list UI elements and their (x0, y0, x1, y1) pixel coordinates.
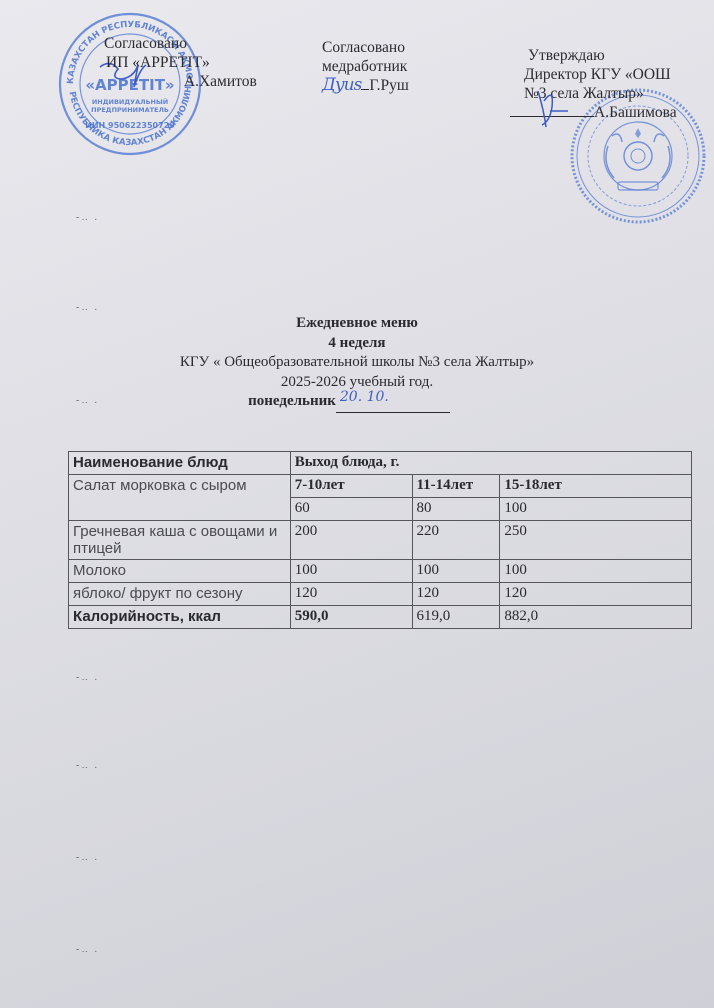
header-dish: Наименование блюд (69, 452, 291, 475)
dish-name: Салат морковка с сыром (69, 475, 291, 521)
portion-value: 60 (290, 498, 412, 521)
age-group: 15-18лет (500, 475, 692, 498)
scan-speck: -‥ . (76, 944, 99, 955)
approval-left-line1: Согласовано (104, 34, 257, 53)
age-group: 11-14лет (412, 475, 500, 498)
total-value: 590,0 (290, 606, 412, 629)
portion-value: 120 (412, 583, 500, 606)
approval-middle-line1: Согласовано (322, 38, 409, 57)
table-header-row: Наименование блюд Выход блюда, г. (69, 452, 692, 475)
dish-name: Гречневая каша с овощами и птицей (69, 521, 291, 560)
portion-value: 120 (500, 583, 692, 606)
portion-value: 120 (290, 583, 412, 606)
dish-name: Молоко (69, 560, 291, 583)
portion-value: 100 (290, 560, 412, 583)
approval-middle-line2: медработник (322, 57, 409, 76)
svg-text:ПРЕДПРИНИМАТЕЛЬ: ПРЕДПРИНИМАТЕЛЬ (91, 106, 169, 114)
menu-table: Наименование блюд Выход блюда, г. Салат … (68, 451, 692, 629)
portion-value: 200 (290, 521, 412, 560)
day-label: понедельник (248, 393, 336, 409)
scan-speck: -‥ . (76, 672, 99, 683)
menu-title: Ежедневное меню (0, 314, 714, 334)
table-row: Молоко 100 100 100 (69, 560, 692, 583)
total-label: Калорийность, ккал (69, 606, 291, 629)
portion-value: 100 (500, 560, 692, 583)
portion-value: 100 (412, 560, 500, 583)
scan-speck: -‥ . (76, 302, 99, 313)
table-row: яблоко/ фрукт по сезону 120 120 120 (69, 583, 692, 606)
day-line: понедельник20. 10. (0, 392, 714, 413)
week-label: 4 неделя (0, 334, 714, 354)
portion-value: 220 (412, 521, 500, 560)
signature-bashimova-icon (530, 81, 580, 131)
portion-value: 250 (500, 521, 692, 560)
document-title-block: Ежедневное меню 4 неделя КГУ « Общеобраз… (0, 314, 714, 413)
table-row: Гречневая каша с овощами и птицей 200 22… (69, 521, 692, 560)
header-output: Выход блюда, г. (290, 452, 691, 475)
day-date-handwritten: 20. 10. (340, 388, 389, 408)
table-total-row: Калорийность, ккал 590,0 619,0 882,0 (69, 606, 692, 629)
approval-left-line2: ИП «APPETIT» (106, 53, 257, 72)
school-name: КГУ « Общеобразовательной школы №3 села … (0, 353, 714, 373)
scan-speck: -‥ . (76, 212, 99, 223)
approval-right-line1: Утверждаю (528, 46, 677, 65)
table-row: Салат морковка с сыром 7-10лет 11-14лет … (69, 475, 692, 498)
svg-text:ИИН 950622350729: ИИН 950622350729 (85, 121, 175, 130)
total-value: 882,0 (500, 606, 692, 629)
approval-right: Утверждаю Директор КГУ «ООШ №3 села Жалт… (524, 46, 677, 122)
scan-speck: -‥ . (76, 760, 99, 771)
total-value: 619,0 (412, 606, 500, 629)
svg-text:ИНДИВИДУАЛЬНЫЙ: ИНДИВИДУАЛЬНЫЙ (92, 97, 168, 106)
portion-value: 80 (412, 498, 500, 521)
approval-left-signatory: А.Хамитов (184, 73, 257, 90)
dish-name: яблоко/ фрукт по сезону (69, 583, 291, 606)
portion-value: 100 (500, 498, 692, 521)
approval-middle-signatory: Г.Руш (369, 77, 408, 94)
approval-left: Согласовано ИП «APPETIT» А.Хамитов (104, 34, 257, 91)
scan-speck: -‥ . (76, 852, 99, 863)
approval-right-signatory: А.Башимова (594, 104, 677, 121)
age-group: 7-10лет (290, 475, 412, 498)
approval-middle: Согласовано медработник ДуиѕГ.Руш (322, 38, 409, 95)
signature-rush-icon: Дуиѕ (322, 75, 361, 95)
